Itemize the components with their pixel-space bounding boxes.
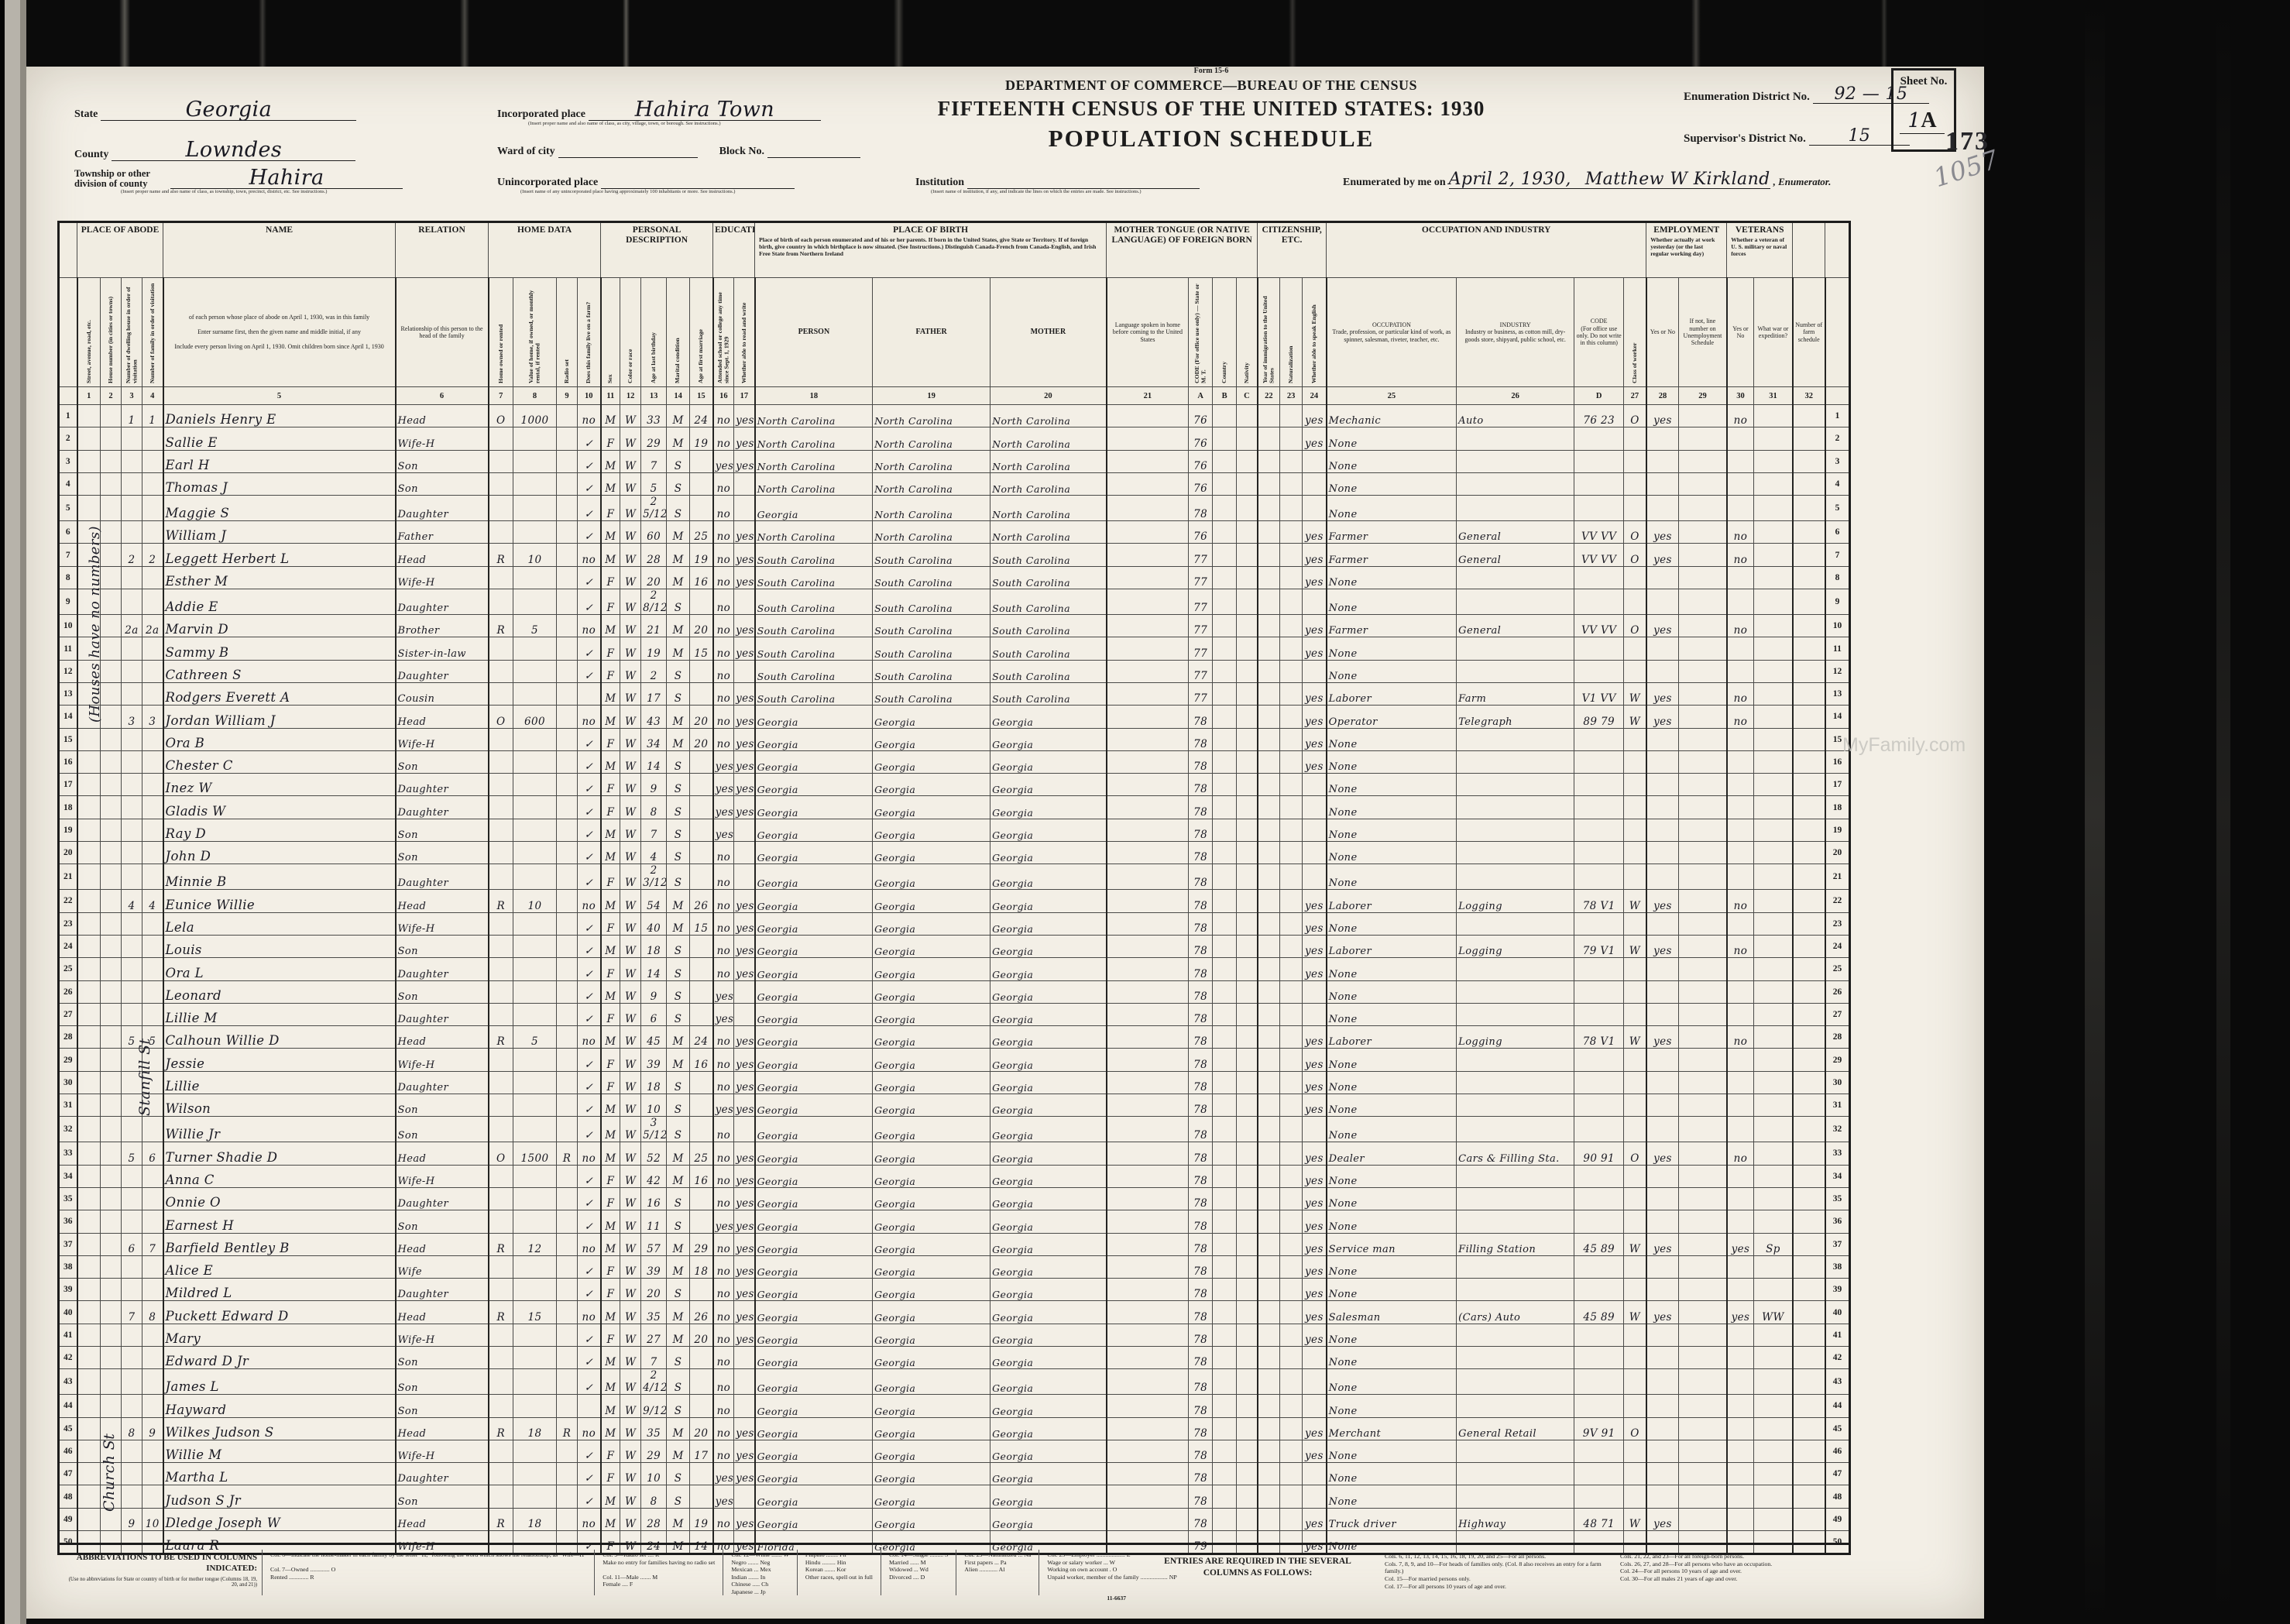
cell-sex: F	[601, 427, 620, 450]
cell-dw	[122, 427, 142, 450]
cell-rel: Son	[396, 1094, 489, 1117]
cell-rel: Son	[396, 1369, 489, 1395]
cell-bpm: Georgia	[991, 1117, 1107, 1142]
cell-radio	[557, 819, 578, 841]
column-number: C	[1237, 387, 1258, 405]
cell-agem: 19	[690, 427, 713, 450]
cell-cA: 78	[1189, 1187, 1213, 1210]
watermark: MyFamily.com	[1842, 734, 1966, 757]
cell-cC	[1237, 1395, 1258, 1417]
cell-lang	[1107, 842, 1189, 864]
column-group	[59, 222, 77, 278]
cell-house	[101, 774, 122, 796]
cell-bpf: South Carolina	[873, 660, 991, 682]
ward-label: Ward of city	[497, 146, 555, 157]
cell-val	[513, 958, 557, 980]
cell-radio	[557, 1117, 578, 1142]
cell-unemp	[1679, 890, 1727, 912]
cell-cB	[1213, 958, 1237, 980]
column-desc-30: Yes or No	[1727, 278, 1754, 387]
cell-farm: ✓	[578, 566, 601, 589]
cell-agem	[690, 774, 713, 796]
cell-cls	[1624, 1187, 1646, 1210]
cell-occ: None	[1327, 1463, 1457, 1485]
cell-race: W	[620, 589, 641, 615]
table-row: 43James LSon✓MW2 4/12SnoGeorgiaGeorgiaGe…	[59, 1369, 1850, 1395]
cell-fam	[142, 427, 163, 450]
cell-imm	[1258, 1346, 1280, 1368]
cell-fsch	[1793, 1187, 1825, 1210]
cell-cA: 77	[1189, 682, 1213, 705]
cell-read	[734, 589, 755, 615]
cell-mar: S	[667, 819, 690, 841]
cell-cB	[1213, 427, 1237, 450]
cell-unemp	[1679, 660, 1727, 682]
cell-ln: 15	[59, 728, 77, 750]
cell-occ: Service man	[1327, 1233, 1457, 1255]
cell-agem: 16	[690, 1165, 713, 1187]
cell-lang	[1107, 750, 1189, 773]
cell-war	[1754, 1279, 1793, 1301]
cell-rel: Daughter	[396, 1279, 489, 1301]
cell-cC	[1237, 1463, 1258, 1485]
cell-rel: Son	[396, 1346, 489, 1368]
cell-unemp	[1679, 1485, 1727, 1508]
cell-farm: ✓	[578, 774, 601, 796]
cell-mar: M	[667, 521, 690, 544]
abbreviations-box: ABBREVIATIONS TO BE USED IN COLUMNS INDI…	[57, 1550, 262, 1588]
cell-farm: ✓	[578, 427, 601, 450]
cell-fam: 9	[142, 1417, 163, 1440]
cell-cA: 77	[1189, 615, 1213, 637]
cell-dw	[122, 774, 142, 796]
cell-own	[489, 842, 513, 864]
cell-cD: VV VV	[1574, 615, 1624, 637]
cell-radio	[557, 450, 578, 472]
cell-farm: ✓	[578, 864, 601, 890]
cell-cC	[1237, 1508, 1258, 1530]
cell-age: 34	[641, 728, 667, 750]
cell-bpp: South Carolina	[755, 566, 873, 589]
cell-eng	[1303, 1369, 1327, 1395]
cell-occ: None	[1327, 496, 1457, 521]
cell-dw	[122, 1346, 142, 1368]
cell-farm: ✓	[578, 1369, 601, 1395]
cell-cA: 78	[1189, 728, 1213, 750]
cell-mar: S	[667, 1071, 690, 1094]
cell-val	[513, 1279, 557, 1301]
cell-rel: Head	[396, 1233, 489, 1255]
cell-street	[77, 1071, 101, 1094]
cell-rel: Son	[396, 1117, 489, 1142]
cell-farm: ✓	[578, 728, 601, 750]
cell-street	[77, 1395, 101, 1417]
cell-sch: no	[713, 1255, 734, 1278]
cell-cB	[1213, 615, 1237, 637]
cell-fam	[142, 1279, 163, 1301]
cell-name: Ray D	[163, 819, 396, 841]
cell-agem	[690, 1003, 713, 1025]
cell-sch: no	[713, 660, 734, 682]
cell-vet: no	[1727, 935, 1754, 957]
cell-ind: General	[1457, 615, 1574, 637]
cell-age: 57	[641, 1233, 667, 1255]
cell-unemp	[1679, 1369, 1727, 1395]
cell-farm: ✓	[578, 796, 601, 819]
cell-ind: Logging	[1457, 1026, 1574, 1049]
column-desc-ln2	[1825, 278, 1850, 387]
cell-nat	[1280, 958, 1303, 980]
cell-read	[734, 496, 755, 521]
cell-cA: 78	[1189, 1026, 1213, 1049]
cell-own	[489, 1117, 513, 1142]
cell-ln2: 21	[1825, 864, 1850, 890]
cell-bpm: Georgia	[991, 796, 1107, 819]
cell-ln2: 13	[1825, 682, 1850, 705]
cell-race: W	[620, 1049, 641, 1071]
cell-cls	[1624, 912, 1646, 935]
cell-wrk	[1646, 450, 1679, 472]
cell-farm: ✓	[578, 1279, 601, 1301]
cell-imm	[1258, 1324, 1280, 1346]
cell-sch: no	[713, 1301, 734, 1324]
cell-imm	[1258, 1417, 1280, 1440]
table-row: 46Willie MWife-H✓FW29M17noyesGeorgiaGeor…	[59, 1440, 1850, 1462]
cell-sex: M	[601, 1508, 620, 1530]
cell-fsch	[1793, 935, 1825, 957]
cell-vet	[1727, 1417, 1754, 1440]
cell-cC	[1237, 615, 1258, 637]
cell-imm	[1258, 1485, 1280, 1508]
cell-rel: Head	[396, 1508, 489, 1530]
cell-own	[489, 496, 513, 521]
cell-imm	[1258, 660, 1280, 682]
cell-lang	[1107, 1117, 1189, 1142]
cell-cA: 76	[1189, 472, 1213, 495]
cell-occ: None	[1327, 1324, 1457, 1346]
cell-house	[101, 890, 122, 912]
cell-mar: M	[667, 1142, 690, 1165]
cell-farm: ✓	[578, 496, 601, 521]
cell-imm	[1258, 1049, 1280, 1071]
column-number	[59, 387, 77, 405]
cell-bpm: South Carolina	[991, 615, 1107, 637]
cell-war	[1754, 1324, 1793, 1346]
cell-age: 2 4/12	[641, 1369, 667, 1395]
cell-mar: S	[667, 958, 690, 980]
cell-lang	[1107, 980, 1189, 1003]
cell-dw	[122, 1440, 142, 1462]
cell-fam	[142, 1255, 163, 1278]
cell-rel: Daughter	[396, 1003, 489, 1025]
cell-lang	[1107, 1417, 1189, 1440]
cell-fsch	[1793, 660, 1825, 682]
cell-val	[513, 819, 557, 841]
cell-rel: Son	[396, 819, 489, 841]
cell-own	[489, 1369, 513, 1395]
cell-dw: 8	[122, 1417, 142, 1440]
cell-val: 5	[513, 615, 557, 637]
cell-bpp: Georgia	[755, 728, 873, 750]
cell-unemp	[1679, 1142, 1727, 1165]
cell-fam: 1	[142, 405, 163, 427]
cell-fam	[142, 1210, 163, 1233]
cell-eng	[1303, 1395, 1327, 1417]
cell-occ: None	[1327, 1255, 1457, 1278]
cell-eng: yes	[1303, 706, 1327, 728]
cell-name: Chester C	[163, 750, 396, 773]
cell-name: Cathreen S	[163, 660, 396, 682]
cell-farm: ✓	[578, 1117, 601, 1142]
cell-eng	[1303, 660, 1327, 682]
cell-cls	[1624, 958, 1646, 980]
table-row: 38Alice EWife✓FW39M18noyesGeorgiaGeorgia…	[59, 1255, 1850, 1278]
cell-ln2: 34	[1825, 1165, 1850, 1187]
cell-war	[1754, 750, 1793, 773]
cell-ln: 8	[59, 566, 77, 589]
cell-mar: M	[667, 566, 690, 589]
column-group	[1793, 222, 1825, 278]
cell-bpf: Georgia	[873, 1071, 991, 1094]
cell-cA: 78	[1189, 1395, 1213, 1417]
cell-bpf: Georgia	[873, 750, 991, 773]
cell-nat	[1280, 1094, 1303, 1117]
cell-farm: ✓	[578, 1255, 601, 1278]
cell-occ: Farmer	[1327, 521, 1457, 544]
cell-bpm: Georgia	[991, 1301, 1107, 1324]
cell-cD	[1574, 1440, 1624, 1462]
cell-own	[489, 864, 513, 890]
cell-read	[734, 1346, 755, 1368]
cell-agem	[690, 1071, 713, 1094]
cell-cB	[1213, 1026, 1237, 1049]
cell-occ: None	[1327, 958, 1457, 980]
cell-bpm: Georgia	[991, 1279, 1107, 1301]
cell-cA: 77	[1189, 544, 1213, 566]
column-number: 30	[1727, 387, 1754, 405]
cell-cD	[1574, 912, 1624, 935]
cell-read: yes	[734, 1049, 755, 1071]
column-number: 9	[557, 387, 578, 405]
cell-read: yes	[734, 1210, 755, 1233]
cell-street	[77, 1417, 101, 1440]
cell-cls: O	[1624, 544, 1646, 566]
cell-war	[1754, 615, 1793, 637]
cell-cls: W	[1624, 1026, 1646, 1049]
cell-val	[513, 472, 557, 495]
cell-house	[101, 1369, 122, 1395]
cell-cls	[1624, 496, 1646, 521]
cell-unemp	[1679, 750, 1727, 773]
cell-cls	[1624, 450, 1646, 472]
cell-lang	[1107, 912, 1189, 935]
cell-mar: M	[667, 1324, 690, 1346]
cell-fsch	[1793, 1440, 1825, 1462]
cell-farm: no	[578, 706, 601, 728]
cell-val: 15	[513, 1301, 557, 1324]
cell-bpm: Georgia	[991, 1369, 1107, 1395]
cell-occ: Merchant	[1327, 1417, 1457, 1440]
cell-bpp: Georgia	[755, 1026, 873, 1049]
cell-bpm: Georgia	[991, 819, 1107, 841]
cell-farm: ✓	[578, 1463, 601, 1485]
cell-sch: no	[713, 864, 734, 890]
cell-race: W	[620, 1210, 641, 1233]
cell-ln2: 38	[1825, 1255, 1850, 1278]
cell-name: Maggie S	[163, 496, 396, 521]
cell-fam	[142, 864, 163, 890]
column-number: 26	[1457, 387, 1574, 405]
cell-mar: S	[667, 660, 690, 682]
cell-vet: no	[1727, 682, 1754, 705]
abbreviation-column: Col. 9—Radio set .... R Make no entry fo…	[594, 1550, 723, 1595]
cell-vet	[1727, 637, 1754, 660]
cell-ind	[1457, 728, 1574, 750]
cell-unemp	[1679, 472, 1727, 495]
cell-nat	[1280, 1301, 1303, 1324]
cell-dw: 3	[122, 706, 142, 728]
cell-sch: no	[713, 1417, 734, 1440]
cell-house	[101, 660, 122, 682]
abbreviations-title: ABBREVIATIONS TO BE USED IN COLUMNS INDI…	[64, 1553, 257, 1574]
cell-war	[1754, 1440, 1793, 1462]
cell-agem	[690, 750, 713, 773]
cell-name: Wilkes Judson S	[163, 1417, 396, 1440]
cell-occ: None	[1327, 980, 1457, 1003]
cell-eng: yes	[1303, 1279, 1327, 1301]
cell-sex: M	[601, 1485, 620, 1508]
cell-nat	[1280, 1346, 1303, 1368]
cell-vet	[1727, 1508, 1754, 1530]
field-supervisor-district: Supervisor's District No. 15	[1684, 130, 1910, 146]
cell-lang	[1107, 1301, 1189, 1324]
cell-imm	[1258, 1255, 1280, 1278]
cell-fam	[142, 660, 163, 682]
table-row: 25Ora LDaughter✓FW14SnoyesGeorgiaGeorgia…	[59, 958, 1850, 980]
cell-house	[101, 1346, 122, 1368]
cell-sex: F	[601, 1324, 620, 1346]
cell-war	[1754, 637, 1793, 660]
sheet-label: Sheet No.	[1893, 75, 1954, 88]
cell-farm: no	[578, 615, 601, 637]
cell-house	[101, 637, 122, 660]
cell-unemp	[1679, 912, 1727, 935]
cell-cB	[1213, 1142, 1237, 1165]
cell-bpf: Georgia	[873, 935, 991, 957]
table-row: 1433Jordan William JHeadO600noMW43M20noy…	[59, 706, 1850, 728]
cell-age: 18	[641, 935, 667, 957]
entries-required-column: Cols. 21, 22, and 23—For all foreign-bor…	[1615, 1550, 1851, 1591]
cell-ln2: 12	[1825, 660, 1850, 682]
cell-bpf: Georgia	[873, 1233, 991, 1255]
cell-mar: M	[667, 544, 690, 566]
cell-house	[101, 864, 122, 890]
cell-vet	[1727, 660, 1754, 682]
cell-mar: M	[667, 706, 690, 728]
cell-vet: no	[1727, 890, 1754, 912]
cell-rel: Daughter	[396, 496, 489, 521]
cell-ln2: 17	[1825, 774, 1850, 796]
cell-sch: no	[713, 728, 734, 750]
cell-imm	[1258, 1233, 1280, 1255]
cell-vet	[1727, 750, 1754, 773]
cell-cD: 89 79	[1574, 706, 1624, 728]
cell-ln: 7	[59, 544, 77, 566]
incorporated-value: Hahira Town	[635, 98, 774, 122]
cell-age: 7	[641, 819, 667, 841]
cell-ln: 6	[59, 521, 77, 544]
cell-cD	[1574, 427, 1624, 450]
cell-rel: Wife-H	[396, 1049, 489, 1071]
cell-age: 28	[641, 1508, 667, 1530]
cell-age: 20	[641, 1279, 667, 1301]
cell-cD	[1574, 1463, 1624, 1485]
cell-bpf: Georgia	[873, 980, 991, 1003]
cell-rel: Wife-H	[396, 427, 489, 450]
cell-war	[1754, 912, 1793, 935]
cell-fam	[142, 589, 163, 615]
cell-wrk: yes	[1646, 544, 1679, 566]
cell-mar: M	[667, 1417, 690, 1440]
column-group: VETERANSWhether a veteran of U. S. milit…	[1727, 222, 1793, 278]
cell-war	[1754, 450, 1793, 472]
cell-own: R	[489, 1233, 513, 1255]
table-row: 32Willie JrSon✓MW3 5/12SnoGeorgiaGeorgia…	[59, 1117, 1850, 1142]
cell-ind	[1457, 1003, 1574, 1025]
cell-cls: W	[1624, 890, 1646, 912]
cell-mar: M	[667, 1440, 690, 1462]
cell-occ: None	[1327, 1346, 1457, 1368]
cell-cC	[1237, 728, 1258, 750]
cell-eng: yes	[1303, 958, 1327, 980]
cell-age: 18	[641, 1071, 667, 1094]
cell-name: Dledge Joseph W	[163, 1508, 396, 1530]
cell-ln: 16	[59, 750, 77, 773]
cell-cB	[1213, 774, 1237, 796]
cell-lang	[1107, 1324, 1189, 1346]
cell-eng	[1303, 1117, 1327, 1142]
cell-wrk	[1646, 1279, 1679, 1301]
cell-unemp	[1679, 427, 1727, 450]
cell-mar: M	[667, 1049, 690, 1071]
cell-mar: S	[667, 472, 690, 495]
cell-fam	[142, 637, 163, 660]
cell-war	[1754, 1071, 1793, 1094]
cell-occ: None	[1327, 589, 1457, 615]
cell-fam	[142, 1165, 163, 1187]
entries-required-block: ENTRIES ARE REQUIRED IN THE SEVERAL COLU…	[1131, 1550, 1380, 1579]
cell-cA: 76	[1189, 427, 1213, 450]
cell-bpf: Georgia	[873, 1463, 991, 1485]
cell-nat	[1280, 1255, 1303, 1278]
cell-vet	[1727, 1094, 1754, 1117]
cell-cD: 79 V1	[1574, 935, 1624, 957]
cell-cC	[1237, 1165, 1258, 1187]
cell-read: yes	[734, 450, 755, 472]
field-enumerated-by: Enumerated by me on April 2, 1930, Matth…	[1343, 173, 1831, 189]
cell-rel: Wife-H	[396, 1165, 489, 1187]
cell-cC	[1237, 1187, 1258, 1210]
cell-cC	[1237, 1233, 1258, 1255]
cell-imm	[1258, 774, 1280, 796]
cell-agem: 26	[690, 1301, 713, 1324]
cell-fsch	[1793, 450, 1825, 472]
cell-mar: S	[667, 842, 690, 864]
cell-lang	[1107, 427, 1189, 450]
cell-own	[489, 750, 513, 773]
table-row: 2Sallie EWife-H✓FW29M19noyesNorth Caroli…	[59, 427, 1850, 450]
cell-sex: F	[601, 774, 620, 796]
